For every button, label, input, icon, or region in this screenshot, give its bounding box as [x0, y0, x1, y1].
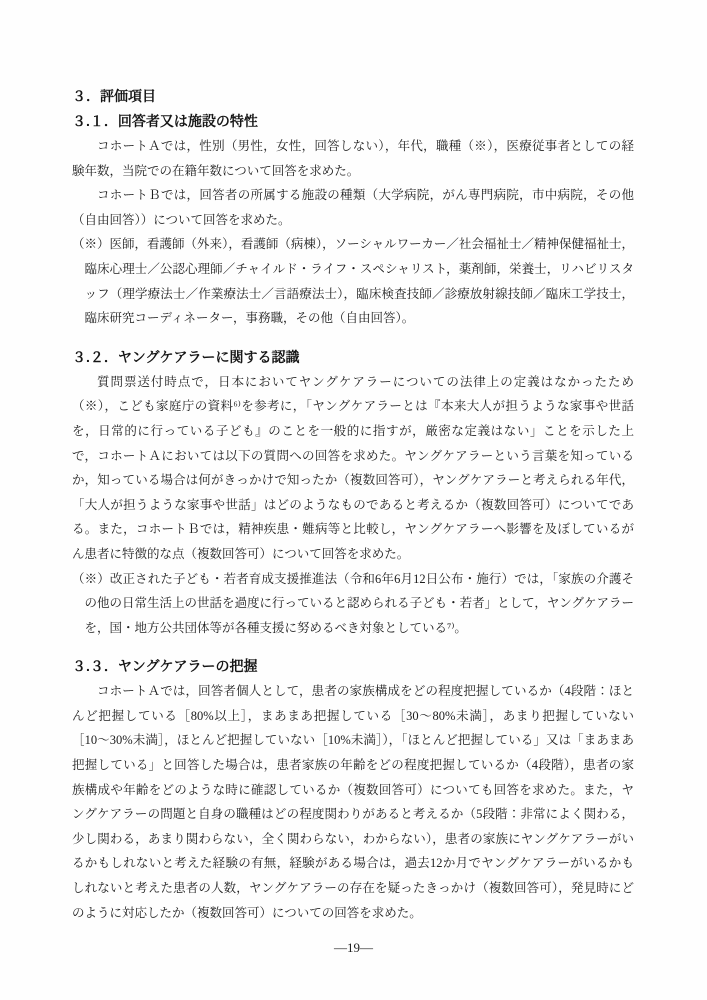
main-section-heading: ３．評価項目	[72, 84, 634, 109]
section-3-3: ３.３．ヤングケアラーの把握 コホートＡでは，回答者個人として，患者の家族構成を…	[72, 654, 634, 925]
subsection-heading: ３.２．ヤングケアラーに関する認識	[72, 345, 634, 370]
body-paragraph: コホートＡでは，性別（男性，女性，回答しない），年代，職種（※），医療従事者とし…	[72, 134, 634, 183]
page-body: ３．評価項目 ３.１．回答者又は施設の特性 コホートＡでは，性別（男性，女性，回…	[72, 84, 634, 925]
body-paragraph: コホートＡでは，回答者個人として，患者の家族構成をどの程度把握しているか（4段階…	[72, 679, 634, 925]
section-3-2: ３.２．ヤングケアラーに関する認識 質問票送付時点で，日本においてヤングケアラー…	[72, 345, 634, 641]
document-page: ３．評価項目 ３.１．回答者又は施設の特性 コホートＡでは，性別（男性，女性，回…	[0, 0, 707, 1000]
footnote-paragraph: （※）改正された子ども・若者育成支援推進法（令和6年6月12日公布・施行）では，…	[72, 567, 634, 641]
subsection-heading: ３.１．回答者又は施設の特性	[72, 109, 634, 134]
section-3-1: ３.１．回答者又は施設の特性 コホートＡでは，性別（男性，女性，回答しない），年…	[72, 109, 634, 331]
body-paragraph: 質問票送付時点で，日本においてヤングケアラーについての法律上の定義はなかったため…	[72, 370, 634, 567]
page-number: —19—	[0, 936, 707, 960]
footnote-paragraph: （※）医師，看護師（外来），看護師（病棟），ソーシャルワーカー／社会福祉士／精神…	[72, 232, 634, 330]
body-paragraph: コホートＢでは，回答者の所属する施設の種類（大学病院，がん専門病院，市中病院，そ…	[72, 183, 634, 232]
subsection-heading: ３.３．ヤングケアラーの把握	[72, 654, 634, 679]
